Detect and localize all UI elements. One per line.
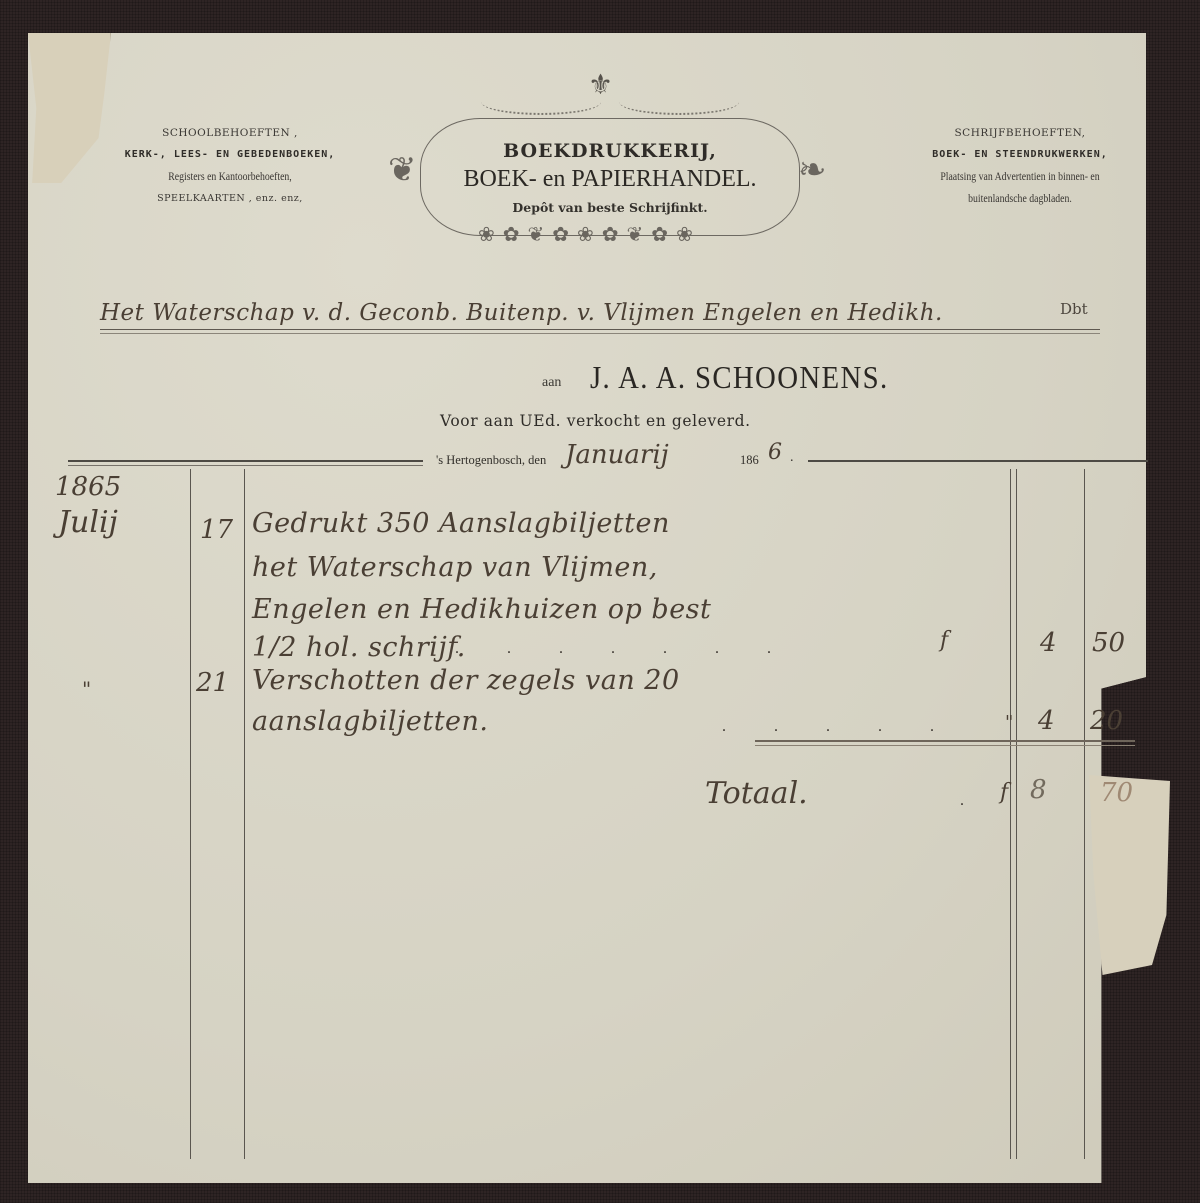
- letterhead-left-line1: SCHOOLBEHOEFTEN ,: [70, 122, 390, 144]
- column-divider-description: [244, 469, 245, 1159]
- entry-1-currency: f: [940, 628, 948, 653]
- column-divider-guilders-double: [1016, 469, 1017, 1159]
- dateline-rule-right: [808, 460, 1148, 462]
- dateline-rule-left: [68, 460, 423, 462]
- sold-delivered-line: Voor aan UEd. verkocht en geleverd.: [440, 412, 751, 430]
- letterhead-left-line2: KERK-, LEES- EN GEBEDENBOEKEN,: [70, 144, 390, 166]
- dateline-year-handwritten: 6: [768, 440, 782, 465]
- letterhead-left-line3: Registers en Kantoorbehoeften,: [94, 166, 366, 188]
- merchant-name: J. A. A. SCHOONENS.: [590, 359, 889, 396]
- entry-2-day: 21: [196, 668, 229, 698]
- letterhead-tagline: Depôt van beste Schrijfinkt.: [420, 200, 800, 215]
- letterhead-right-line1: SCHRIJFBEHOEFTEN,: [860, 122, 1180, 144]
- letterhead-subtitle: BOEK- en PAPIERHANDEL.: [420, 166, 800, 193]
- debtor-mark: Dbt: [1060, 300, 1088, 318]
- dateline-year-printed: 186: [740, 453, 759, 468]
- letterhead-right-line3: Plaatsing van Advertentien in binnen- en: [884, 166, 1156, 188]
- entry-1-line-2: het Waterschap van Vlijmen,: [252, 552, 658, 583]
- addressee-underline-secondary: [100, 333, 1100, 334]
- letterhead-right: SCHRIJFBEHOEFTEN, BOEK- EN STEENDRUKWERK…: [860, 122, 1180, 210]
- column-divider-day: [190, 469, 191, 1159]
- dateline-place: 's Hertogenbosch, den: [436, 453, 546, 468]
- scroll-ornament-left-icon: ❦: [388, 150, 417, 190]
- entry-2-currency: ": [1005, 712, 1013, 733]
- ledger-month: Julij: [58, 505, 118, 540]
- entry-1-day: 17: [200, 515, 233, 545]
- dateline-month: Januarij: [565, 440, 669, 470]
- letterhead-right-line4: buitenlandsche dagbladen.: [884, 188, 1156, 210]
- entry-2-date-ditto: ": [82, 677, 91, 701]
- sum-rule-secondary: [755, 745, 1135, 746]
- addressee-underline: [100, 329, 1100, 330]
- letterhead-title: BOEKDRUKKERIJ,: [420, 140, 800, 162]
- addressee-handwritten: Het Waterschap v. d. Geconb. Buitenp. v.…: [100, 300, 943, 326]
- entry-1-line-3: Engelen en Hedikhuizen op best: [252, 594, 711, 625]
- total-cents: 70: [1100, 778, 1133, 808]
- letterhead-left: SCHOOLBEHOEFTEN , KERK-, LEES- EN GEBEDE…: [70, 122, 390, 210]
- dateline-dot: .: [790, 450, 794, 466]
- ledger-year: 1865: [55, 472, 121, 502]
- entry-1-line-4: 1/2 hol. schrijf.: [252, 632, 466, 663]
- dateline-rule-left-thin: [68, 465, 423, 466]
- entry-2-guilders: 4: [1038, 706, 1055, 736]
- letterhead-right-line2: BOEK- EN STEENDRUKWERKEN,: [860, 144, 1180, 166]
- entry-1-cents: 50: [1092, 628, 1125, 658]
- total-currency: f: [1000, 780, 1008, 805]
- total-guilders: 8: [1030, 775, 1047, 805]
- entry-1-guilders: 4: [1040, 628, 1057, 658]
- entry-1-leader-dots: .......: [455, 640, 819, 658]
- entry-2-line-1: Verschotten der zegels van 20: [252, 665, 680, 696]
- entry-2-cents: 20: [1090, 706, 1123, 736]
- entry-1-line-1: Gedrukt 350 Aanslagbiljetten: [252, 508, 670, 539]
- aan-label: aan: [542, 375, 561, 391]
- column-divider-cents: [1084, 469, 1085, 1159]
- scroll-ornament-right-icon: ❧: [798, 150, 827, 190]
- floral-ornament-bottom-icon: ❀✿❦✿❀✿❦✿❀: [478, 222, 701, 247]
- column-divider-guilders: [1010, 469, 1011, 1159]
- entry-2-line-2: aanslagbiljetten.: [252, 706, 489, 737]
- total-label: Totaal.: [705, 776, 808, 811]
- entry-2-leader-dots: .....: [722, 718, 982, 736]
- letterhead-left-line4: SPEELKAARTEN , enz. enz,: [70, 188, 390, 210]
- sum-rule: [755, 740, 1135, 742]
